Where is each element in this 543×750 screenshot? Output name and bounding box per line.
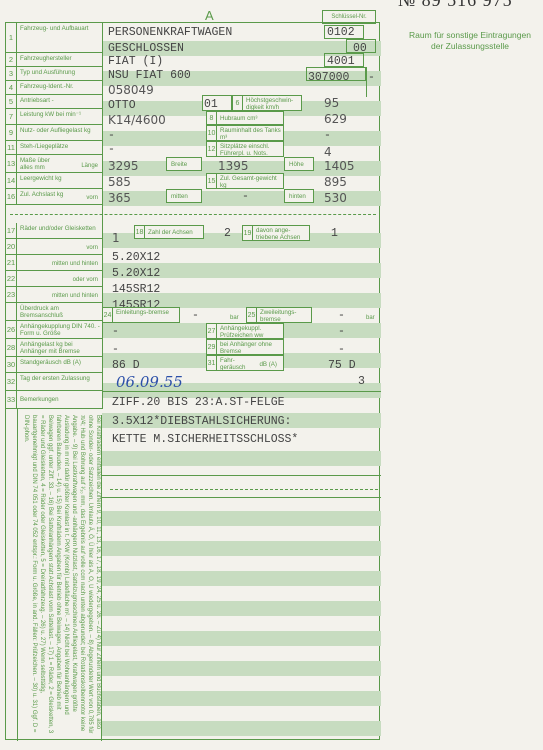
field-number: 1 xyxy=(6,23,17,52)
field-number xyxy=(6,303,17,320)
field-13-height: 1405 xyxy=(324,159,355,173)
field-7-value: K14/4600 xyxy=(108,113,166,127)
field-label: Typ und Ausführung xyxy=(20,69,100,76)
field-number: 8 xyxy=(207,112,217,124)
field-22-value: 145SR12 xyxy=(112,283,160,296)
brake-pressure-label: Überdruck am Bremsanschluß xyxy=(6,303,102,321)
footnote-rotated: Bei Krafträdern entfallen die Ziffern 9,… xyxy=(6,415,102,741)
field-label: Fahrzeughersteller xyxy=(20,55,100,62)
field-label: Maße über alles mm xyxy=(20,157,60,171)
field-label: Sitzplätze einschl. Führerpl. u. Nots. xyxy=(220,143,282,157)
field-2-key: 4001 xyxy=(327,55,355,68)
registration-note-line2: der Zulassungsstelle xyxy=(395,41,543,52)
field-number: 26 xyxy=(6,321,17,338)
field-11-value: - xyxy=(108,143,115,156)
field-8-value: 629 xyxy=(324,112,347,126)
front-label: vorn xyxy=(86,195,98,202)
field-number: 18 xyxy=(135,226,145,238)
field-label: Überdruck am Bremsanschluß xyxy=(20,305,100,319)
dashed-separator-2 xyxy=(110,489,378,490)
mid-label-box: mitten xyxy=(166,189,202,203)
field-19-value: 1 xyxy=(331,227,338,240)
field-18-value: 2 xyxy=(224,227,231,240)
field-10-value: - xyxy=(324,129,331,142)
field-3-label: 3Typ und Ausführung xyxy=(6,67,102,81)
field-30-value: 86 D xyxy=(112,359,140,372)
field-number: 5 xyxy=(6,95,17,108)
field-label: Räder und/oder Gleisketten xyxy=(20,225,100,232)
field-number: 31 xyxy=(207,356,217,370)
field-number: 22 xyxy=(6,271,17,286)
field-number: 21 xyxy=(6,255,17,270)
field-label: Fahrzeug-Ident.-Nr. xyxy=(20,83,100,90)
field-10-box: 10Rauminhalt des Tanks m³ xyxy=(206,125,284,141)
field-25-value: - xyxy=(338,309,345,322)
field-16-label: 16Zul. Achslast kgvorn xyxy=(6,189,102,205)
field-7-label: 7Leistung kW bei min⁻¹ xyxy=(6,109,102,125)
field-31-value: 75 D xyxy=(328,359,356,372)
field-number: 11 xyxy=(6,141,17,154)
field-6-box: 6Höchstgeschwin-digkeit km/h xyxy=(232,95,302,111)
field-number: 15 xyxy=(207,174,217,188)
field-13-label: 13Maße über alles mmLänge xyxy=(6,155,102,173)
field-number: 13 xyxy=(6,155,17,172)
field-label: Rauminhalt des Tanks m³ xyxy=(220,127,282,141)
field-label: Antriebsart - xyxy=(20,97,100,104)
field-4-value: 058049 xyxy=(108,83,154,97)
field-17-value: 1 xyxy=(112,231,120,245)
registration-note-line1: Raum für sonstige Eintragungen xyxy=(395,30,543,41)
field-number: 32 xyxy=(6,373,17,390)
field-11-label: 11Steh-/Liegeplätze xyxy=(6,141,102,155)
field-32-label: 32Tag der ersten Zulassung xyxy=(6,373,102,391)
field-label: Zahl der Achsen xyxy=(148,229,202,236)
field-1-value-line2: GESCHLOSSEN xyxy=(108,42,184,55)
field-number: 33 xyxy=(6,391,17,408)
field-29-box: 29bei Anhänger ohne Bremse xyxy=(206,339,284,355)
field-number: 16 xyxy=(6,189,17,204)
field-label: Standgeräusch dB (A) xyxy=(20,359,100,366)
field-unit: dB (A) xyxy=(259,361,277,368)
field-1-key2: 00 xyxy=(353,42,367,55)
field-label: Nutz- oder Aufliegelast kg xyxy=(20,127,100,134)
vehicle-registration-form: 1Fahrzeug- und Aufbauart 2Fahrzeugherste… xyxy=(5,22,380,740)
field-number: 6 xyxy=(233,96,243,110)
field-label: Anhängekuppl. Prüfzeichen ww xyxy=(220,325,282,339)
field-15-value: 895 xyxy=(324,175,347,189)
footnote-text: Bei Krafträdern entfallen die Ziffern 9,… xyxy=(22,415,102,735)
field-label: Fahrzeug- und Aufbauart xyxy=(20,25,100,32)
field-29-value: - xyxy=(338,343,345,356)
field-3-dash: - xyxy=(368,71,375,84)
field-label: Fahr-geräusch xyxy=(220,357,246,371)
field-1-value-line1: PERSONENKRAFTWAGEN xyxy=(108,26,232,39)
field-label: vorn xyxy=(86,245,98,252)
field-label: davon ange-triebene Achsen xyxy=(256,227,308,241)
field-number: 27 xyxy=(207,324,217,338)
field-number: 9 xyxy=(6,125,17,140)
field-15-box: 15Zul. Gesamt-gewicht kg xyxy=(206,173,284,189)
field-20-label: 20vorn xyxy=(6,239,102,255)
field-label: Anhängelast kg bei Anhänger mit Bremse xyxy=(20,341,100,355)
field-number: 4 xyxy=(6,81,17,94)
field-12-value: 4 xyxy=(324,145,332,159)
field-5-value: OTTO xyxy=(108,99,136,112)
field-6-value: 95 xyxy=(324,96,339,110)
field-21-value: 5.20X12 xyxy=(112,267,160,280)
field-21-label: 21mitten und hinten xyxy=(6,255,102,271)
field-27-value: - xyxy=(338,325,345,338)
field-label: mitten und hinten xyxy=(52,293,98,300)
remarks-line2: 3.5X12*DIEBSTAHLSICHERUNG: xyxy=(112,415,291,428)
field-25-unit: bar xyxy=(366,315,375,321)
field-number: 23 xyxy=(6,287,17,302)
field-label: oder vorn xyxy=(73,277,98,284)
field-27-box: 27Anhängekuppl. Prüfzeichen ww xyxy=(206,323,284,339)
field-1-key1: 0102 xyxy=(327,26,355,39)
field-24-box: 24Einleitungs-bremse xyxy=(102,307,180,323)
field-24-value: - xyxy=(192,309,199,322)
field-25-box: 25Zweileitungs-bremse xyxy=(246,307,312,323)
field-4-label: 4Fahrzeug-Ident.-Nr. xyxy=(6,81,102,95)
width-label-box: Breite xyxy=(166,157,202,171)
field-number: 3 xyxy=(6,67,17,80)
field-5-label: 5Antriebsart - xyxy=(6,95,102,109)
field-number: 12 xyxy=(207,142,217,156)
field-16-rear: 530 xyxy=(324,191,347,205)
dashed-separator xyxy=(10,214,376,215)
field-26-value: - xyxy=(112,325,119,338)
registration-office-note: Raum für sonstige Eintragungen der Zulas… xyxy=(395,30,543,52)
field-13-length: 3295 xyxy=(108,159,139,173)
field-number: 29 xyxy=(207,340,217,354)
field-label: Leistung kW bei min⁻¹ xyxy=(20,111,100,118)
field-2-label: 2Fahrzeughersteller xyxy=(6,53,102,67)
width-label: Breite xyxy=(171,161,187,168)
rear-label: hinten xyxy=(289,193,306,200)
field-number: 28 xyxy=(6,339,17,356)
field-label: Höchstgeschwin-digkeit km/h xyxy=(246,97,300,111)
height-label: Höhe xyxy=(289,161,304,168)
field-23-label: 23mitten und hinten xyxy=(6,287,102,303)
field-number: 17 xyxy=(6,223,17,238)
field-label: bei Anhänger ohne Bremse xyxy=(220,341,282,355)
field-label: Zweileitungs-bremse xyxy=(260,309,310,323)
document-number: № 89 516 975 xyxy=(398,0,513,11)
field-5-key: 01 xyxy=(204,98,218,111)
field-2-value: FIAT (I) xyxy=(108,55,163,68)
field-label: Tag der ersten Zulassung xyxy=(20,375,100,382)
field-30-label: 30Standgeräusch dB (A) xyxy=(6,357,102,373)
first-registration-date: 06.09.55 xyxy=(116,373,183,391)
field-label: Einleitungs-bremse xyxy=(116,309,178,316)
field-20-value: 5.20X12 xyxy=(112,251,160,264)
field-3-value: NSU FIAT 600 xyxy=(108,69,191,82)
field-22-label: 22oder vorn xyxy=(6,271,102,287)
field-label: Anhängekupplung DIN 740. -Form u. Größe xyxy=(20,323,100,337)
field-number: 2 xyxy=(6,53,17,66)
field-label: Hubraum cm³ xyxy=(220,115,282,122)
field-number: 14 xyxy=(6,173,17,188)
field-label: mitten und hinten xyxy=(52,261,98,268)
field-31-box: 31Fahr-geräuschdB (A) xyxy=(206,355,284,371)
field-33-label: 33Bemerkungen xyxy=(6,391,102,409)
field-number: 24 xyxy=(103,308,113,322)
field-16-front: 365 xyxy=(108,191,131,205)
field-16-mid: - xyxy=(242,190,249,203)
mid-label: mitten xyxy=(171,193,188,200)
field-number: 10 xyxy=(207,126,217,140)
field-18-box: 18Zahl der Achsen xyxy=(134,225,204,239)
field-number: 25 xyxy=(247,308,257,322)
length-label: Länge xyxy=(81,163,98,170)
field-13-width: 1395 xyxy=(218,159,249,173)
field-17-label: 17Räder und/oder Gleisketten xyxy=(6,223,102,239)
field-24-unit: bar xyxy=(230,315,239,321)
field-9-value: - xyxy=(108,129,115,142)
field-14-value: 585 xyxy=(108,175,131,189)
column-a-label: A xyxy=(205,8,214,23)
field-8-box: 8Hubraum cm³ xyxy=(206,111,284,125)
field-12-box: 12Sitzplätze einschl. Führerpl. u. Nots. xyxy=(206,141,284,157)
field-number: 19 xyxy=(243,226,253,240)
field-32-extra: 3 xyxy=(358,375,365,388)
field-19-box: 19davon ange-triebene Achsen xyxy=(242,225,310,241)
remarks-line3: KETTE M.SICHERHEITSSCHLOSS* xyxy=(112,433,298,446)
field-1-label: 1Fahrzeug- und Aufbauart xyxy=(6,23,102,53)
field-label: Bemerkungen xyxy=(20,396,100,403)
remarks-line1: ZIFF.20 BIS 23:A.ST-FELGE xyxy=(112,396,285,409)
height-label-box: Höhe xyxy=(284,157,314,171)
field-number: 30 xyxy=(6,357,17,372)
field-9-label: 9Nutz- oder Aufliegelast kg xyxy=(6,125,102,141)
field-label: Leergewicht kg xyxy=(20,175,100,182)
field-label: Zul. Gesamt-gewicht kg xyxy=(220,175,282,189)
field-3-key: 307000 xyxy=(308,71,349,84)
field-number: 20 xyxy=(6,239,17,254)
field-26-label: 26Anhängekupplung DIN 740. -Form u. Größ… xyxy=(6,321,102,339)
field-number: 7 xyxy=(6,109,17,124)
field-label: Steh-/Liegeplätze xyxy=(20,143,100,150)
field-28-value: - xyxy=(112,343,119,356)
rear-label-box: hinten xyxy=(284,189,314,203)
field-28-label: 28Anhängelast kg bei Anhänger mit Bremse xyxy=(6,339,102,357)
field-14-label: 14Leergewicht kg xyxy=(6,173,102,189)
